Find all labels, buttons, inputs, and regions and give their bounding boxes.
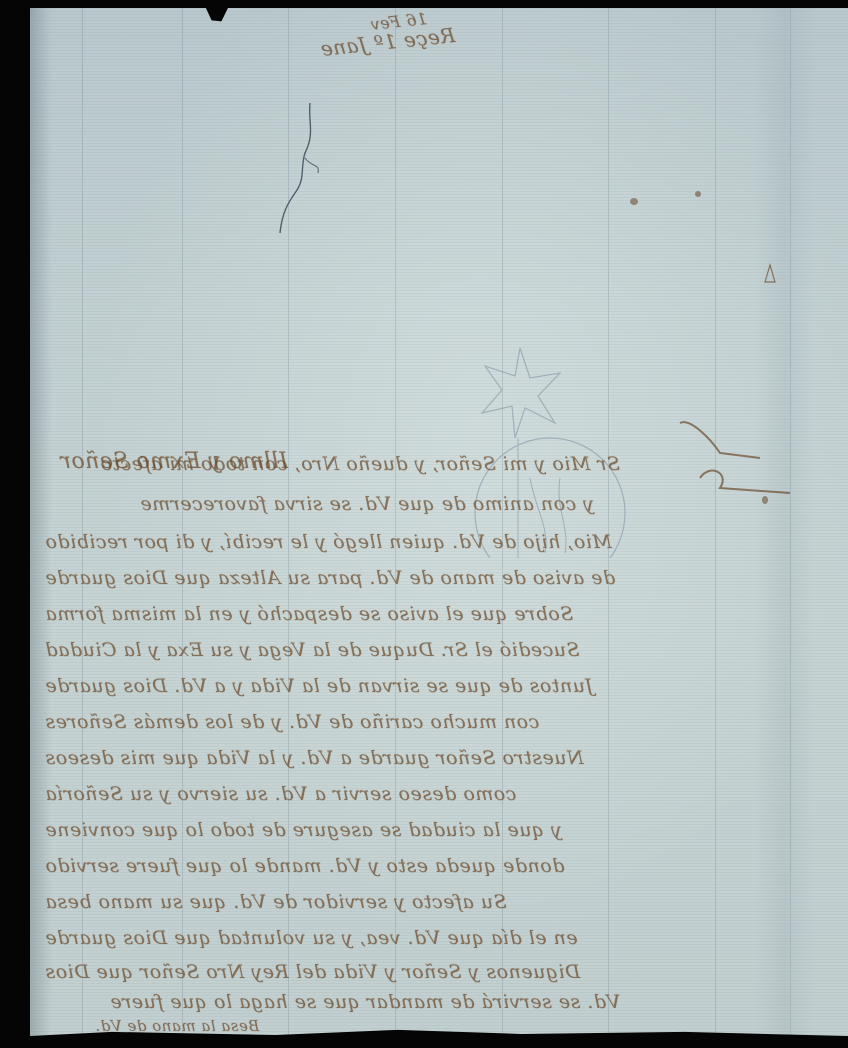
body-line: y que la ciudad se asegure de todo lo qu… <box>45 816 562 844</box>
body-line: Nuestro Señor guarde a Vd. y la Vida que… <box>45 744 584 772</box>
body-line: donde queda esto y Vd. mande lo que fuer… <box>45 852 564 880</box>
body-line: como deseo servir a Vd. su siervo y su S… <box>45 780 516 808</box>
body-line: Juntos de que se sirvan de la Vida y a V… <box>45 672 593 700</box>
laid-paper-texture <box>30 8 848 1036</box>
paper-fold <box>755 8 815 1036</box>
ink-spot <box>762 496 768 504</box>
closing-line: Besa la mano de Vd. <box>95 1012 259 1040</box>
left-edge-stain <box>30 8 52 1036</box>
body-line: Diguenos y Señor y Vida del Rey Nro Seño… <box>45 958 580 986</box>
body-line: Mio, hijo de Vd. quien llegó y le recibí… <box>45 528 612 556</box>
salutation-flourish <box>670 418 800 508</box>
body-line: de aviso de mano de Vd. para su Alteza q… <box>45 564 615 592</box>
chain-line <box>395 8 396 1036</box>
body-line: en el día que Vd. vea, y su voluntad que… <box>45 924 578 952</box>
chain-line <box>715 8 716 1036</box>
body-line: Sobre que el aviso se despachó y en la m… <box>45 600 573 628</box>
chain-line <box>82 8 83 1036</box>
body-line: Sucedió el Sr. Duque de la Vega y su Exa… <box>45 636 580 664</box>
manuscript-page <box>30 8 848 1036</box>
margin-triangle-mark <box>763 263 777 285</box>
chain-line <box>182 8 183 1036</box>
paper-crack <box>260 98 340 238</box>
body-line: y con animo de que Vd. se sirva favorece… <box>140 490 594 518</box>
ink-spot <box>695 191 701 197</box>
watermark-star-circle <box>460 338 640 558</box>
body-line: Su afecto y servidor de Vd. que su mano … <box>45 888 507 916</box>
ink-spot <box>630 198 638 205</box>
body-line: con mucho cariño de Vd. y de los demás S… <box>45 708 539 736</box>
body-line: Sr Mio y mi Señor, y dueño Nro, con todo… <box>200 450 620 478</box>
